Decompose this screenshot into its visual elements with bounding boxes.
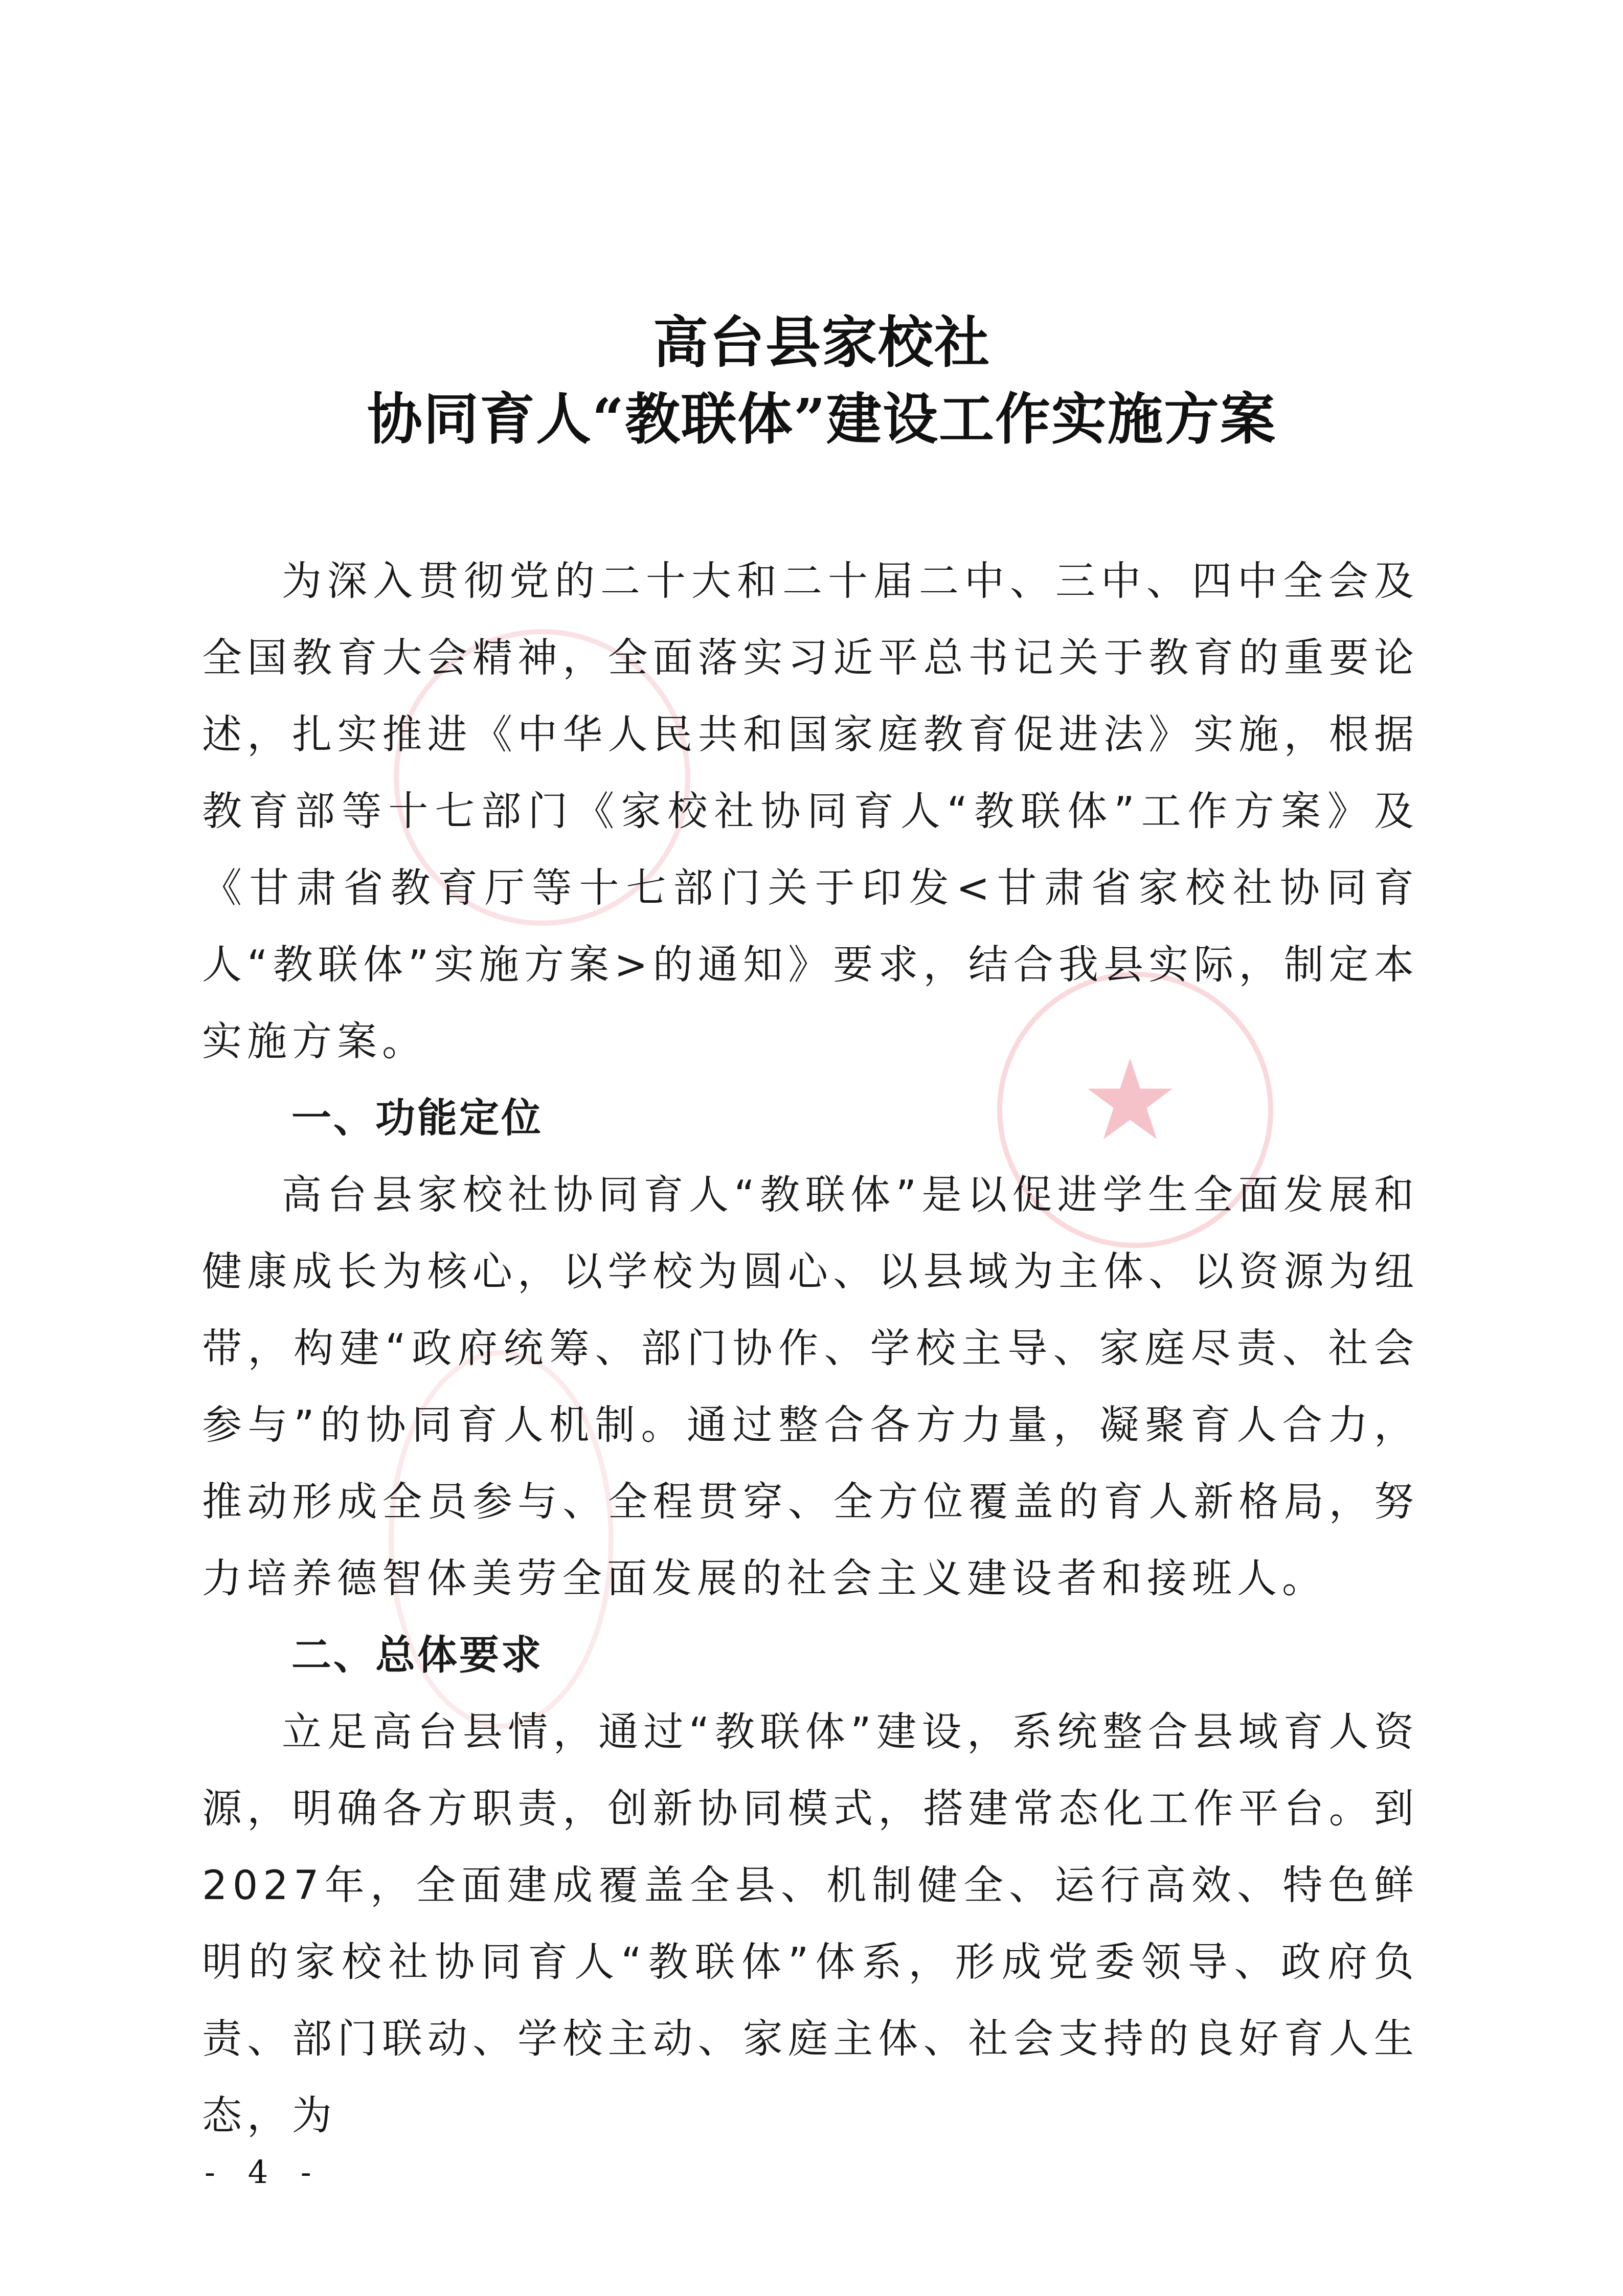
document-title-line-1: 高台县家校社: [10, 312, 1623, 373]
page-number: - 4 -: [205, 2153, 323, 2191]
section-heading-function-positioning: 一、功能定位: [202, 1080, 1419, 1157]
function-positioning-paragraph: 高台县家校社协同育人“教联体”是以促进学生全面发展和健康成长为核心，以学校为圆心…: [202, 1157, 1419, 1617]
document-title-line-2: 协同育人“教联体”建设工作实施方案: [10, 389, 1623, 450]
document-body: 为深入贯彻党的二十大和二十届二中、三中、四中全会及全国教育大会精神，全面落实习近…: [202, 543, 1419, 2154]
document-page: 高台县家校社 协同育人“教联体”建设工作实施方案 为深入贯彻党的二十大和二十届二…: [0, 0, 1623, 2296]
intro-paragraph: 为深入贯彻党的二十大和二十届二中、三中、四中全会及全国教育大会精神，全面落实习近…: [202, 543, 1419, 1080]
general-requirements-paragraph: 立足高台县情，通过“教联体”建设，系统整合县域育人资源，明确各方职责，创新协同模…: [202, 1694, 1419, 2154]
section-heading-general-requirements: 二、总体要求: [202, 1617, 1419, 1694]
